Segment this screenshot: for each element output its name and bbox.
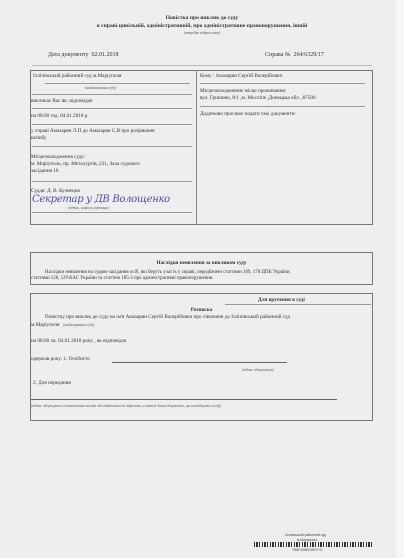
receipt-court-caption: (найменування суду) [63,323,94,327]
court-name-line [45,83,190,84]
receipt-court-city: м.Маріуполя [31,322,59,328]
header-divider [32,65,372,66]
hearing-time: на 08:00 год. 04.01.2018 р. [31,113,89,119]
receipt-footer-caption: (підпис одержувача із зазначенням посади… [31,404,221,408]
residence-label: Місцезнаходження/ місце проживання: [200,88,286,94]
doc-date-value: 02.01.2018 [91,52,118,58]
handwritten-signature: Секретар у ДВ Волощенко [32,194,170,205]
divider [32,108,192,109]
consequences-title: Наслідки неявлення за викликом суду [30,260,373,266]
court-location-label: Місцезнаходження суду: [31,154,85,160]
divider [200,106,365,107]
divider [32,181,192,182]
receipt-title: Розписка [30,307,373,313]
case-number-value: 264/6329/17 [294,52,324,58]
case-number-label: Справа № [265,52,291,58]
doc-date: Дата документу 02.01.2018 [48,52,118,58]
recipient-signature-caption: (підпис одержувача) [242,368,274,372]
divider [32,124,192,125]
proxy-signature-line[interactable] [31,399,337,400]
column-divider [196,70,197,224]
barcode-label-1: Іллічівський районний суд [285,533,326,537]
receipt-line-3: на 08:00 хв. 04.01.2018 року , як відпов… [31,338,126,344]
case-description-2: шлюбу [31,135,47,141]
underline-note: (потрібне підкреслити) [0,31,404,35]
court-location-1: м. Маріуполь, пр. Металургів, 231, Зала … [31,161,140,167]
extra-documents: Додатково просимо подати такі документи: [200,111,296,117]
divider [32,146,192,147]
doc-date-label: Дата документу [48,52,88,58]
receipt-line-1: Повістку про виклик до суду на ім'я Амаз… [45,314,290,320]
divider [225,304,371,305]
divider [200,83,365,84]
case-number: Справа № 264/6329/17 [265,52,324,58]
barcode [254,542,372,547]
barcode-code: *555*10862049*1*1* [292,548,323,552]
court-name: Іллічівський районний суд м.Маріуполя [33,73,121,79]
recipient-name: Кому : Амазарян Сергій Валерійович [200,73,282,79]
recipient-signature-line[interactable] [112,362,287,363]
for-delivery-label: Для вручення в суді [258,297,305,303]
case-description-1: у справі Амазарян Л.П до Амазарян С.В пр… [31,128,155,134]
divider [32,212,192,213]
page-edge [396,0,404,558]
receipt-line-5: 2. Для передання [33,380,71,386]
receipt-line-4: одержав року: 1. Особисто [31,356,90,362]
signature-caption: (підпис, ініціали, прізвище) [68,206,109,210]
receipt-line-2: м.Маріуполя (найменування суду) [31,322,94,328]
court-location-2: засідання 16 [31,168,58,174]
consequences-text-2: статтями 128, 129 КАС України та статтею… [31,276,213,282]
court-name-caption: (найменування суду) [85,86,116,90]
document-title: Повістка про виклик до суду [0,15,404,21]
summons-role: викликає Вас як: відповідач [31,98,93,104]
document-subtitle: в справі цивільній, адміністративній, пр… [0,23,404,29]
divider [32,94,192,95]
residence-address: вул. Гришина, 8/1 ,м. Мосліпе ,Донецька … [200,95,316,101]
summons-page: Повістка про виклик до суду в справі цив… [0,0,396,558]
